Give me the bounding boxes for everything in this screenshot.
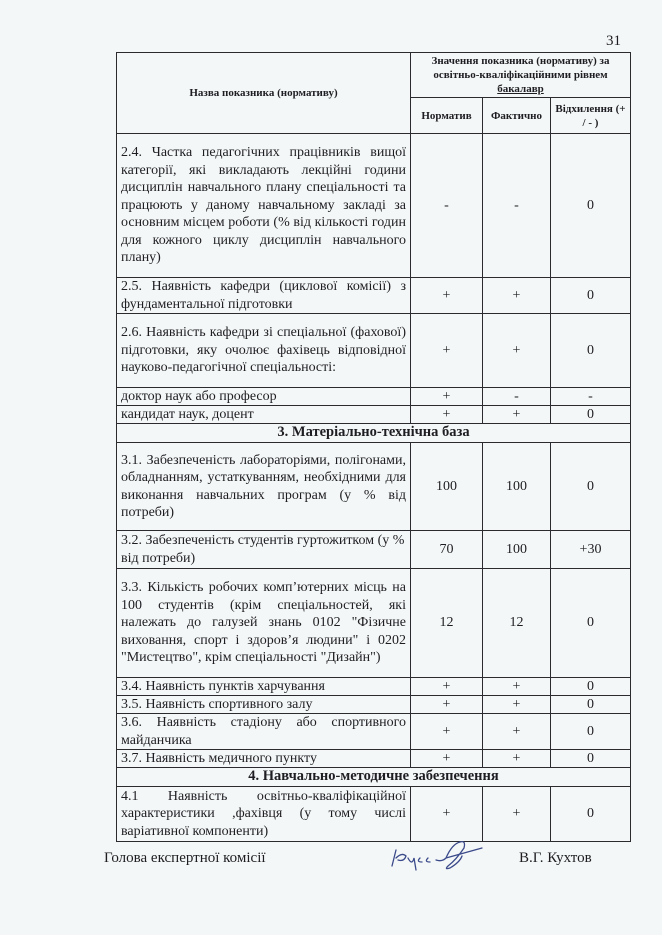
deviation-value: 0 xyxy=(551,569,631,678)
table-row: 2.5. Наявність кафедри (циклової комісії… xyxy=(117,278,631,314)
norm-value: + xyxy=(411,678,483,696)
table-row: кандидат наук, доцент + + 0 xyxy=(117,406,631,424)
table-row: 4.1 Наявність освітньо-кваліфікаційної х… xyxy=(117,787,631,842)
section-title: 3. Матеріально-технічна база xyxy=(117,424,631,443)
norm-value: + xyxy=(411,388,483,406)
norm-value: + xyxy=(411,750,483,768)
signature-block: Голова експертної комісії В.Г. Кухтов xyxy=(0,850,662,874)
table-row: 3.5. Наявність спортивного залу + + 0 xyxy=(117,696,631,714)
fact-value: 12 xyxy=(483,569,551,678)
table-row: 3.3. Кількість робочих комп’ютерних місц… xyxy=(117,569,631,678)
indicator-name: 4.1 Наявність освітньо-кваліфікаційної х… xyxy=(117,787,411,842)
deviation-value: 0 xyxy=(551,696,631,714)
deviation-value: 0 xyxy=(551,443,631,531)
deviation-value: 0 xyxy=(551,714,631,750)
fact-value: + xyxy=(483,314,551,388)
header-norm: Норматив xyxy=(411,98,483,134)
table-row: 3.2. Забезпеченість студентів гуртожитко… xyxy=(117,531,631,569)
norm-value: + xyxy=(411,696,483,714)
indicator-name: 2.6. Наявність кафедри зі спеціальної (ф… xyxy=(117,314,411,388)
section-row: 3. Матеріально-технічна база xyxy=(117,424,631,443)
table-row: 3.6. Наявність стадіону або спортивного … xyxy=(117,714,631,750)
header-deviation: Відхилення (+ / - ) xyxy=(551,98,631,134)
norm-value: - xyxy=(411,134,483,278)
table-row: 2.6. Наявність кафедри зі спеціальної (ф… xyxy=(117,314,631,388)
table-row: 2.4. Частка педагогічних працівників вищ… xyxy=(117,134,631,278)
table-row: 3.1. Забезпеченість лабораторіями, поліг… xyxy=(117,443,631,531)
indicator-name: 2.5. Наявність кафедри (циклової комісії… xyxy=(117,278,411,314)
deviation-value: 0 xyxy=(551,314,631,388)
norm-value: + xyxy=(411,278,483,314)
fact-value: + xyxy=(483,787,551,842)
fact-value: - xyxy=(483,134,551,278)
fact-value: + xyxy=(483,750,551,768)
deviation-value: +30 xyxy=(551,531,631,569)
fact-value: 100 xyxy=(483,443,551,531)
table-row: 3.4. Наявність пунктів харчування + + 0 xyxy=(117,678,631,696)
norm-value: 100 xyxy=(411,443,483,531)
norm-value: + xyxy=(411,406,483,424)
table-row: доктор наук або професор + - - xyxy=(117,388,631,406)
indicators-table: Назва показника (нормативу) Значення пок… xyxy=(116,52,631,842)
indicator-name: 3.2. Забезпеченість студентів гуртожитко… xyxy=(117,531,411,569)
norm-value: + xyxy=(411,787,483,842)
indicator-name: кандидат наук, доцент xyxy=(117,406,411,424)
deviation-value: 0 xyxy=(551,787,631,842)
fact-value: + xyxy=(483,278,551,314)
fact-value: + xyxy=(483,714,551,750)
fact-value: 100 xyxy=(483,531,551,569)
norm-value: 12 xyxy=(411,569,483,678)
fact-value: + xyxy=(483,696,551,714)
indicator-name: 3.6. Наявність стадіону або спортивного … xyxy=(117,714,411,750)
fact-value: + xyxy=(483,406,551,424)
header-indicator-name: Назва показника (нормативу) xyxy=(117,53,411,134)
handwritten-signature-icon xyxy=(386,836,496,876)
indicator-name: доктор наук або професор xyxy=(117,388,411,406)
section-row: 4. Навчально-методичне забезпечення xyxy=(117,768,631,787)
deviation-value: 0 xyxy=(551,750,631,768)
indicator-name: 3.4. Наявність пунктів харчування xyxy=(117,678,411,696)
indicator-name: 3.1. Забезпеченість лабораторіями, поліг… xyxy=(117,443,411,531)
header-value-group: Значення показника (нормативу) за освітн… xyxy=(411,53,631,98)
norm-value: 70 xyxy=(411,531,483,569)
page-number: 31 xyxy=(606,33,621,50)
deviation-value: 0 xyxy=(551,678,631,696)
norm-value: + xyxy=(411,314,483,388)
deviation-value: - xyxy=(551,388,631,406)
indicator-name: 3.7. Наявність медичного пункту xyxy=(117,750,411,768)
deviation-value: 0 xyxy=(551,278,631,314)
indicator-name: 2.4. Частка педагогічних працівників вищ… xyxy=(117,134,411,278)
norm-value: + xyxy=(411,714,483,750)
fact-value: - xyxy=(483,388,551,406)
signer-name: В.Г. Кухтов xyxy=(519,850,592,867)
deviation-value: 0 xyxy=(551,134,631,278)
header-group-text: Значення показника (нормативу) за освітн… xyxy=(432,55,610,81)
header-fact: Фактично xyxy=(483,98,551,134)
table-row: 3.7. Наявність медичного пункту + + 0 xyxy=(117,750,631,768)
indicator-name: 3.5. Наявність спортивного залу xyxy=(117,696,411,714)
signer-role: Голова експертної комісії xyxy=(104,850,266,867)
deviation-value: 0 xyxy=(551,406,631,424)
section-title: 4. Навчально-методичне забезпечення xyxy=(117,768,631,787)
header-level: бакалавр xyxy=(497,83,544,95)
indicator-name: 3.3. Кількість робочих комп’ютерних місц… xyxy=(117,569,411,678)
fact-value: + xyxy=(483,678,551,696)
